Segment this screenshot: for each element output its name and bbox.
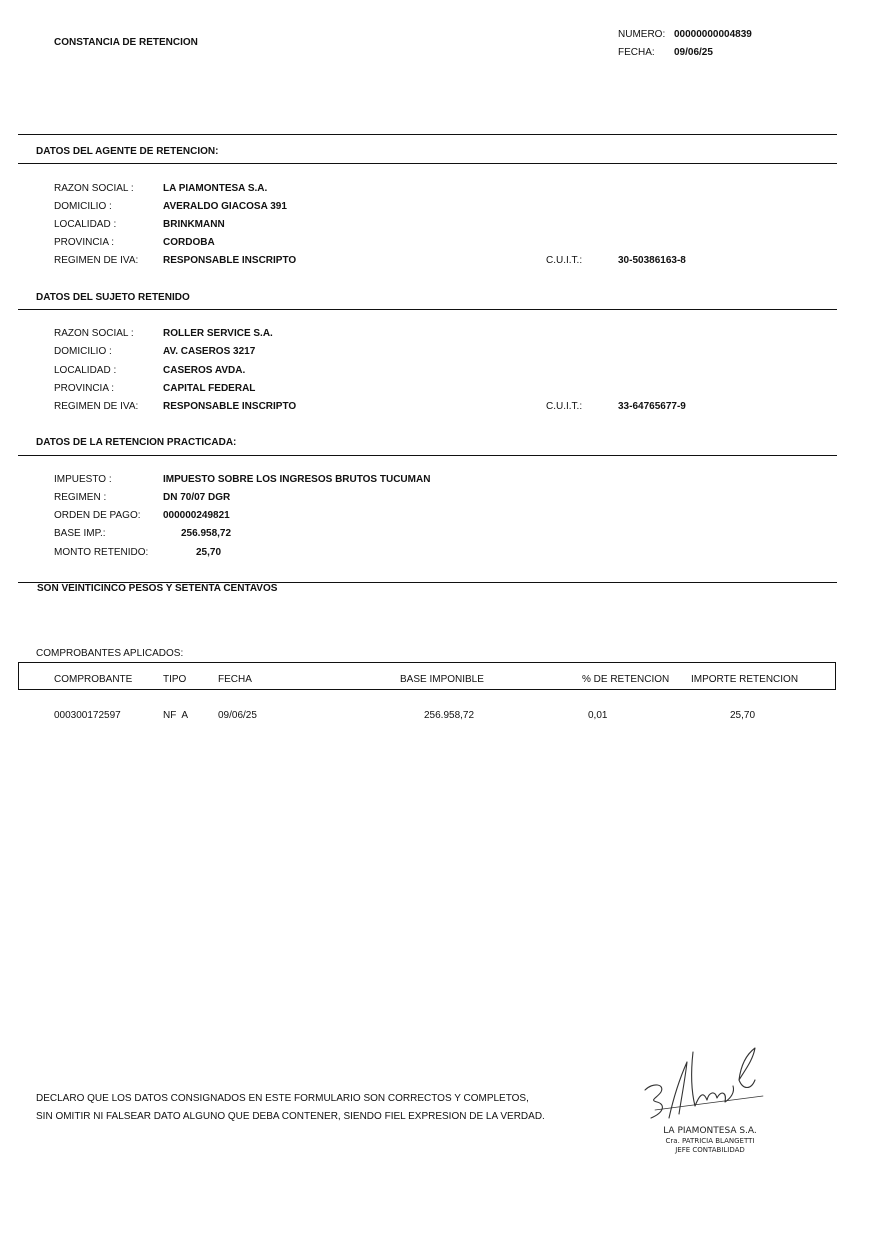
field-label: LOCALIDAD : — [54, 219, 116, 230]
cell-base-imponible: 256.958,72 — [424, 710, 474, 721]
divider — [18, 309, 837, 310]
field-label: REGIMEN DE IVA: — [54, 401, 138, 412]
amount-in-words: SON VEINTICINCO PESOS Y SETENTA CENTAVOS — [37, 583, 277, 594]
cell-comprobante: 000300172597 — [54, 710, 121, 721]
agente-cuit: 30-50386163-8 — [618, 255, 686, 266]
orden-de-pago-value: 000000249821 — [163, 510, 230, 521]
sujeto-provincia: CAPITAL FEDERAL — [163, 383, 255, 394]
agente-domicilio: AVERALDO GIACOSA 391 — [163, 201, 287, 212]
sujeto-cuit: 33-64765677-9 — [618, 401, 686, 412]
declaration-line-1: DECLARO QUE LOS DATOS CONSIGNADOS EN EST… — [36, 1093, 529, 1104]
divider — [18, 455, 837, 456]
fecha-value: 09/06/25 — [674, 47, 713, 58]
field-label: LOCALIDAD : — [54, 365, 116, 376]
field-label: REGIMEN : — [54, 492, 106, 503]
agente-localidad: BRINKMANN — [163, 219, 225, 230]
field-label: IMPUESTO : — [54, 474, 112, 485]
cell-porcentaje: 0,01 — [588, 710, 607, 721]
col-porcentaje-retencion: % DE RETENCION — [582, 674, 669, 685]
handwritten-signature-icon — [635, 1040, 775, 1125]
field-label: RAZON SOCIAL : — [54, 183, 134, 194]
col-base-imponible: BASE IMPONIBLE — [400, 674, 484, 685]
agente-provincia: CORDOBA — [163, 237, 215, 248]
document-title: CONSTANCIA DE RETENCION — [54, 37, 198, 48]
numero-value: 00000000004839 — [674, 29, 752, 40]
field-label: ORDEN DE PAGO: — [54, 510, 141, 521]
cuit-label: C.U.I.T.: — [546, 255, 582, 266]
base-imponible-value: 256.958,72 — [181, 528, 231, 539]
cell-importe: 25,70 — [730, 710, 755, 721]
regimen-value: DN 70/07 DGR — [163, 492, 230, 503]
field-label: BASE IMP.: — [54, 528, 106, 539]
field-label: RAZON SOCIAL : — [54, 328, 134, 339]
numero-label: NUMERO: — [618, 29, 665, 40]
agente-regimen-iva: RESPONSABLE INSCRIPTO — [163, 255, 296, 266]
declaration-line-2: SIN OMITIR NI FALSEAR DATO ALGUNO QUE DE… — [36, 1111, 545, 1122]
sujeto-section-title: DATOS DEL SUJETO RETENIDO — [36, 292, 190, 303]
field-label: DOMICILIO : — [54, 346, 112, 357]
divider — [18, 163, 837, 164]
sujeto-localidad: CASEROS AVDA. — [163, 365, 245, 376]
field-label: MONTO RETENIDO: — [54, 547, 148, 558]
cell-tipo: NF A — [163, 710, 188, 721]
agente-razon-social: LA PIAMONTESA S.A. — [163, 183, 267, 194]
divider — [18, 134, 837, 135]
retencion-section-title: DATOS DE LA RETENCION PRACTICADA: — [36, 437, 236, 448]
field-label: REGIMEN DE IVA: — [54, 255, 138, 266]
signature-image — [635, 1040, 775, 1125]
field-label: PROVINCIA : — [54, 237, 114, 248]
field-label: DOMICILIO : — [54, 201, 112, 212]
agente-section-title: DATOS DEL AGENTE DE RETENCION: — [36, 146, 218, 157]
cell-fecha: 09/06/25 — [218, 710, 257, 721]
col-comprobante: COMPROBANTE — [54, 674, 132, 685]
col-tipo: TIPO — [163, 674, 186, 685]
comprobantes-title: COMPROBANTES APLICADOS: — [36, 648, 183, 659]
signature-name: Cra. PATRICIA BLANGETTI — [640, 1137, 780, 1145]
sujeto-razon-social: ROLLER SERVICE S.A. — [163, 328, 273, 339]
sujeto-regimen-iva: RESPONSABLE INSCRIPTO — [163, 401, 296, 412]
monto-retenido-value: 25,70 — [196, 547, 221, 558]
fecha-label: FECHA: — [618, 47, 655, 58]
col-fecha: FECHA — [218, 674, 252, 685]
impuesto-value: IMPUESTO SOBRE LOS INGRESOS BRUTOS TUCUM… — [163, 474, 430, 485]
col-importe-retencion: IMPORTE RETENCION — [691, 674, 798, 685]
signature-company: LA PIAMONTESA S.A. — [640, 1126, 780, 1136]
signature-role: JEFE CONTABILIDAD — [640, 1146, 780, 1154]
field-label: PROVINCIA : — [54, 383, 114, 394]
cuit-label: C.U.I.T.: — [546, 401, 582, 412]
sujeto-domicilio: AV. CASEROS 3217 — [163, 346, 255, 357]
